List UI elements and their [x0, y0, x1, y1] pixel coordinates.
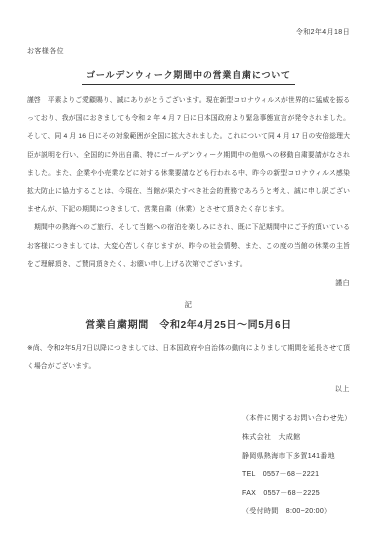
contact-address: 静岡県熱海市下多賀141番地 [242, 448, 350, 467]
note-paragraph: ※尚、令和2年5月7日以降につきましては、日本国政府や自治体の動向によりまして期… [27, 340, 350, 376]
recipient-line: お客様各位 [27, 46, 350, 58]
record-marker: 記 [27, 298, 350, 312]
document-date: 令和2年4月18日 [27, 0, 350, 39]
contact-tel: TEL 0557－68－2221 [242, 466, 350, 485]
contact-heading: （本件に関するお問い合わせ先） [242, 410, 350, 429]
body-paragraph-2: 期間中の熱海へのご旅行、そして当館への宿泊を楽しみにされ、既に下記期間中にご予約… [27, 219, 350, 274]
document-title: ゴールデンウィーク期間中の営業自粛について [27, 68, 350, 85]
contact-block: （本件に関するお問い合わせ先） 株式会社 大成館 静岡県熱海市下多賀141番地 … [242, 410, 350, 522]
contact-hours: （受付時間 8:00~20:00） [242, 503, 350, 522]
contact-fax: FAX 0557－68－2225 [242, 485, 350, 504]
body-paragraph-1: 謹啓 平素よりご愛顧賜り、誠にありがとうございます。現在新型コロナウィルスが世界… [27, 92, 350, 219]
suspension-period: 営業自粛期間 令和2年4月25日～同5月6日 [27, 318, 350, 333]
document-title-text: ゴールデンウィーク期間中の営業自粛について [82, 68, 295, 85]
closing-salutation: 謹白 [27, 275, 350, 293]
end-marker: 以上 [27, 383, 350, 397]
contact-company: 株式会社 大成館 [242, 429, 350, 448]
document-page: 令和2年4月18日 お客様各位 ゴールデンウィーク期間中の営業自粛について 謹啓… [0, 0, 377, 533]
